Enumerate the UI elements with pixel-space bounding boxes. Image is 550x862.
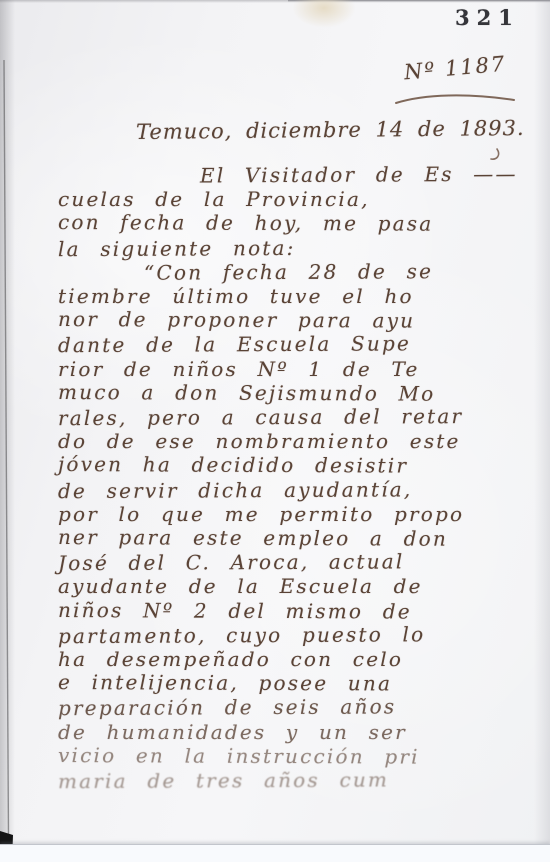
manuscript-line: de servir dicha ayudantía, [58,476,510,503]
manuscript-line: cuelas de la Provincia, [58,187,510,211]
manuscript-line: rior de niños Nº 1 de Te [58,357,510,381]
file-number-underline-flourish [396,95,514,103]
manuscript-body: El Visitador de Es ——cuelas de la Provin… [58,163,510,792]
scanned-manuscript-page: 321 Nº 1187 Temuco, diciembre 14 de 1893… [0,0,550,862]
dateline: Temuco, diciembre 14 de 1893. [136,116,525,144]
manuscript-line: jóven ha decidido desistir [58,452,510,478]
manuscript-line: ha desempeñado con celo [58,647,510,671]
manuscript-line: nor de proponer para ayu [58,307,510,333]
manuscript-line: por lo que me permito propo [58,502,510,526]
manuscript-line: muco a don Sejismundo Mo [58,380,510,406]
manuscript-line: “Con fecha 28 de se [58,259,510,286]
manuscript-line: ayudante de la Escuela de [58,574,510,598]
manuscript-line: vicio en la instrucción pri [58,743,510,769]
manuscript-line: maria de tres años cum [58,767,510,794]
scan-left-edge-shading [0,0,15,862]
manuscript-line: niños Nº 2 del mismo de [58,598,510,624]
paragraph-quoted-note: “Con fecha 28 de setiembre último tuve e… [58,260,510,792]
manuscript-line: El Visitador de Es —— [58,162,510,189]
paragraph-intro: El Visitador de Es ——cuelas de la Provin… [58,163,510,260]
manuscript-line: la siguiente nota: [58,234,510,261]
manuscript-line: tiembre último tuve el ho [58,284,510,308]
manuscript-line: con fecha de hoy, me pasa [58,210,510,236]
dateline-flourish [491,149,499,159]
manuscript-line: preparación de seis años [58,694,510,721]
manuscript-line: ner para este empleo a don [58,525,510,551]
manuscript-line: José del C. Aroca, actual [58,549,510,576]
paper-bottom-edge [0,844,550,862]
handwritten-file-number: Nº 1187 [403,52,507,85]
manuscript-line: rales, pero a causa del retar [58,404,510,431]
paper-stain [292,0,356,28]
printed-folio-number: 321 [455,5,520,30]
manuscript-line: do de ese nombramiento este [58,429,510,453]
manuscript-line: de humanidades y un ser [58,720,510,744]
manuscript-line: dante de la Escuela Supe [58,331,510,358]
manuscript-line: e intelijencia, posee una [58,670,510,696]
manuscript-line: partamento, cuyo puesto lo [58,622,510,649]
scan-right-edge-shading [534,0,550,862]
